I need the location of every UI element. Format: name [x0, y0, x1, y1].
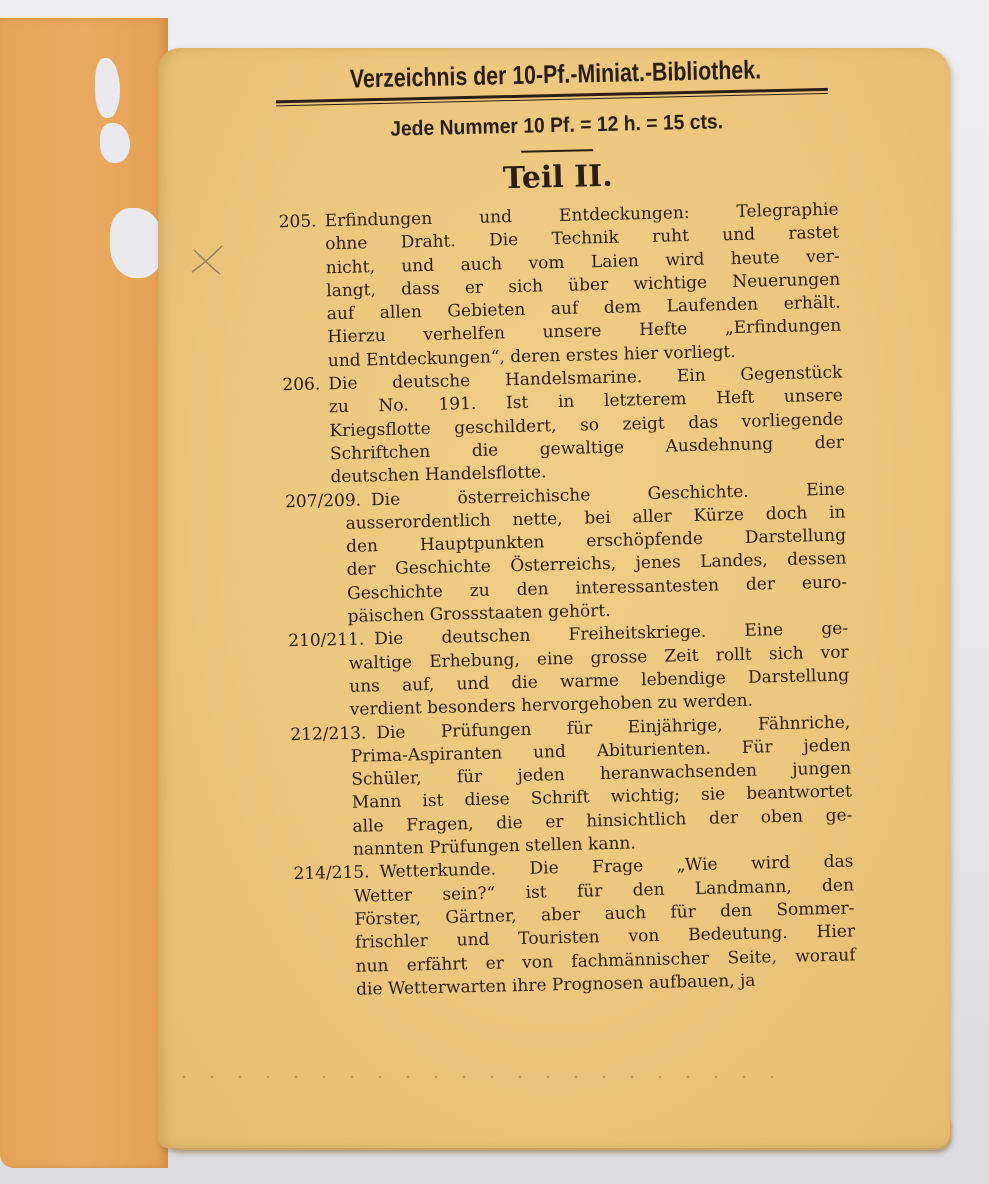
torn-edge [100, 123, 130, 163]
torn-edge [95, 58, 120, 118]
part-title: Teil II. [277, 154, 838, 202]
entry-number: 210/211. [288, 629, 365, 654]
entry-number: 206. [282, 373, 320, 397]
catalog-entries: 205.Erfindungen und Entdeckungen: Telegr… [278, 199, 856, 1004]
entry-number: 212/213. [290, 722, 367, 747]
catalog-entry: 214/215.Wetterkunde. Die Frage „Wie wird… [293, 851, 856, 1003]
catalog-entry: 206.Die deutsche Handelsmarine. Ein Gege… [282, 362, 844, 491]
section-divider [521, 149, 593, 153]
catalog-title: Verzeichnis der 10-Pf.-Miniat.-Bibliothe… [326, 54, 786, 95]
perforation-dots [170, 1075, 790, 1079]
entry-number: 207/209. [285, 489, 362, 514]
catalog-entry: 205.Erfindungen und Entdeckungen: Telegr… [278, 199, 842, 375]
entry-number: 205. [278, 210, 316, 234]
catalog-entry: 207/209.Die österreichische Geschichte. … [285, 478, 848, 630]
page-content: Verzeichnis der 10-Pf.-Miniat.-Bibliothe… [275, 49, 856, 1004]
price-line: Jede Nummer 10 Pf. = 12 h. = 15 cts. [299, 108, 815, 144]
torn-edge [110, 208, 165, 278]
entry-number: 214/215. [293, 862, 370, 887]
booklet-cover [0, 18, 168, 1168]
pencil-mark-x-icon [188, 240, 228, 280]
catalog-entry: 210/211.Die deutschen Freiheitskriege. E… [288, 618, 850, 724]
catalog-entry: 212/213.Die Prüfungen für Einjährige, Fä… [290, 711, 853, 863]
